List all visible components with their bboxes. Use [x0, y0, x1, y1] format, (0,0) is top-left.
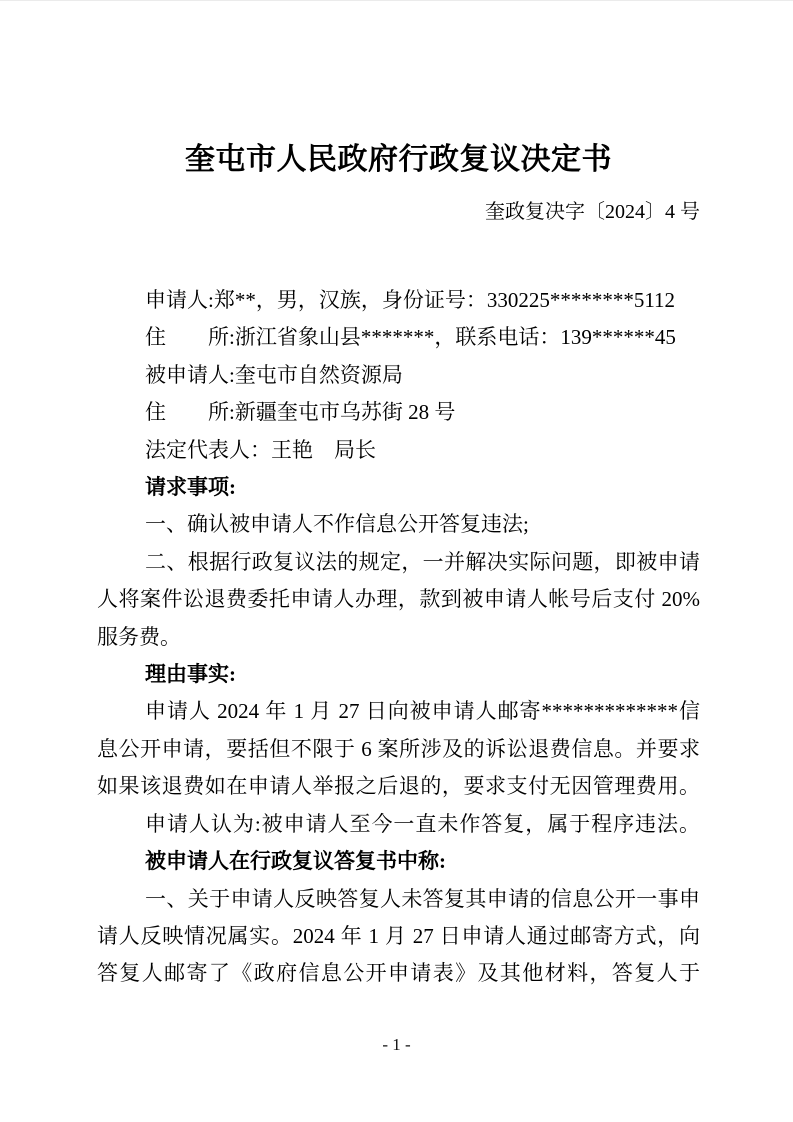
page-number: - 1 - — [0, 1035, 793, 1055]
text-line: 申请人认为:被申请人至今一直未作答复，属于程序违法。 — [97, 806, 700, 843]
text-line: 申请人 2024 年 1 月 27 日向被申请人邮寄*************信 — [97, 693, 700, 730]
text-line: 一、关于申请人反映答复人未答复其申请的信息公开一事申 — [97, 881, 700, 918]
document-title: 奎屯市人民政府行政复议决定书 — [97, 143, 700, 177]
text-line: 请人反映情况属实。2024 年 1 月 27 日申请人通过邮寄方式，向 — [97, 918, 700, 955]
document-number: 奎政复决字〔2024〕4 号 — [97, 199, 700, 225]
text-line: 理由事实: — [97, 656, 700, 693]
text-line: 住 所:浙江省象山县*******，联系电话：139******45 — [97, 319, 700, 356]
text-line: 法定代表人：王艳 局长 — [97, 432, 700, 469]
document-body: 申请人:郑**，男，汉族，身份证号：330225********5112住 所:… — [97, 282, 700, 993]
document-page: 奎屯市人民政府行政复议决定书 奎政复决字〔2024〕4 号 申请人:郑**，男，… — [0, 0, 793, 1122]
text-line: 息公开申请，要括但不限于 6 案所涉及的诉讼退费信息。并要求 — [97, 731, 700, 768]
text-line: 被申请人:奎屯市自然资源局 — [97, 357, 700, 394]
text-line: 被申请人在行政复议答复书中称: — [97, 843, 700, 880]
text-line: 请求事项: — [97, 469, 700, 506]
text-line: 答复人邮寄了《政府信息公开申请表》及其他材料，答复人于 — [97, 955, 700, 992]
text-line: 如果该退费如在申请人举报之后退的，要求支付无因管理费用。 — [97, 768, 700, 805]
text-line: 人将案件讼退费委托申请人办理，款到被申请人帐号后支付 20% — [97, 581, 700, 618]
text-line: 服务费。 — [97, 619, 700, 656]
text-line: 二、根据行政复议法的规定，一并解决实际问题，即被申请 — [97, 544, 700, 581]
text-line: 申请人:郑**，男，汉族，身份证号：330225********5112 — [97, 282, 700, 319]
text-line: 住 所:新疆奎屯市乌苏街 28 号 — [97, 394, 700, 431]
text-line: 一、确认被申请人不作信息公开答复违法; — [97, 506, 700, 543]
